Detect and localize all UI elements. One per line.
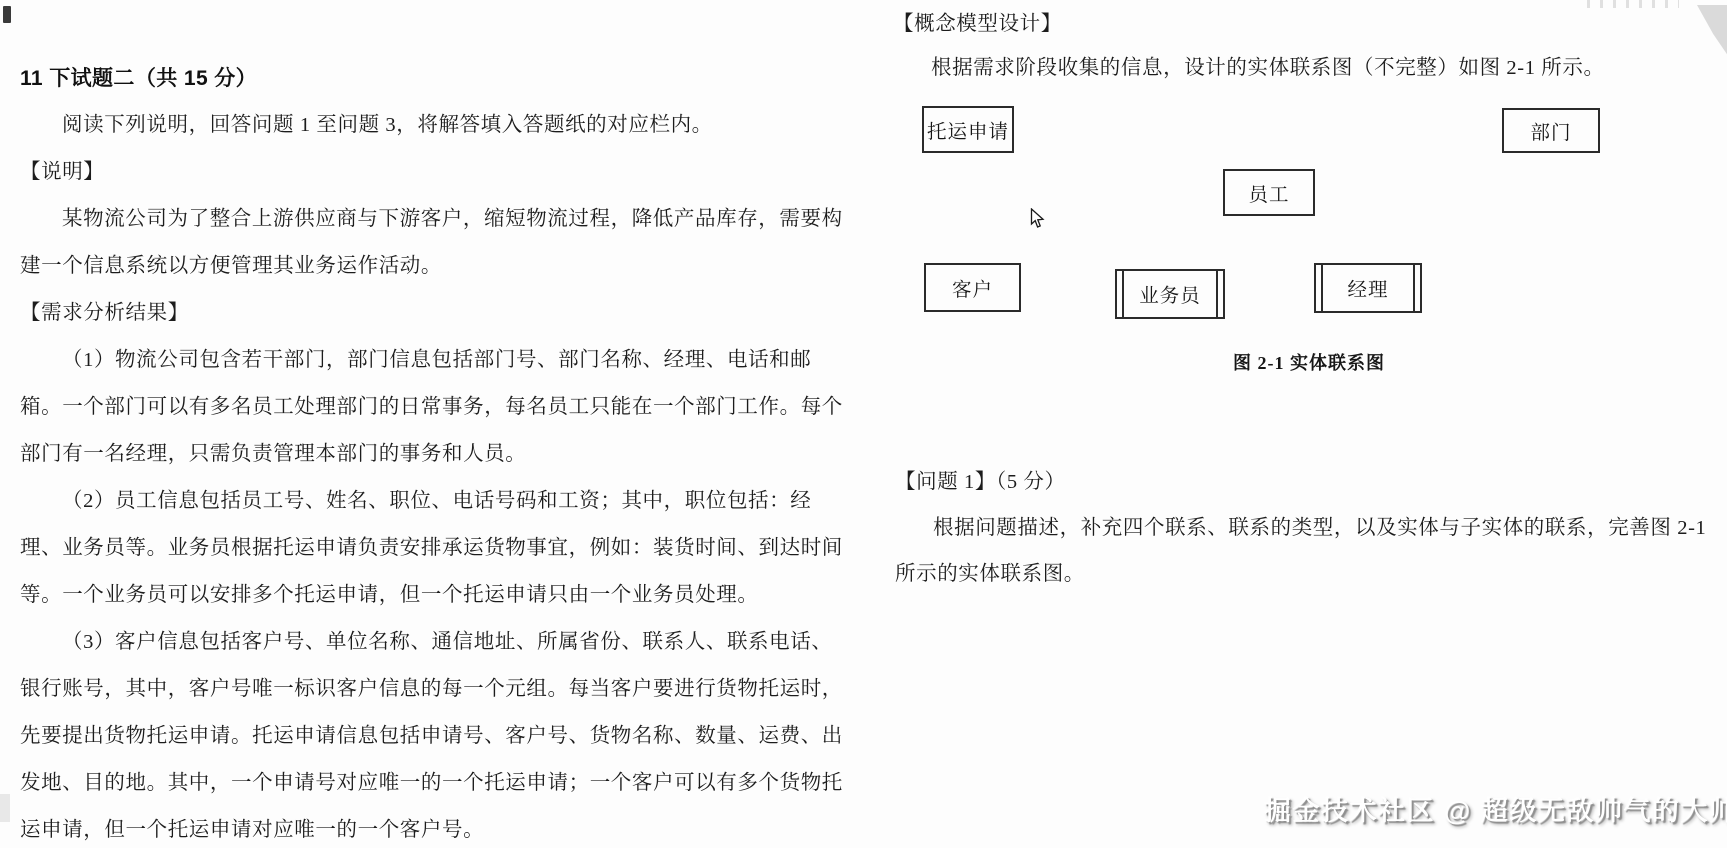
scan-artifact-smudge xyxy=(0,794,10,822)
exam-document-page: { "left_column": { "title": "11 下试题二（共 1… xyxy=(0,0,1727,848)
body-line: 运申请，但一个托运申请对应唯一的一个客户号。 xyxy=(20,807,848,848)
entity-box-employee: 员工 xyxy=(1223,169,1315,216)
body-line: （3）客户信息包括客户号、单位名称、通信地址、所属省份、联系人、联系电话、 xyxy=(20,619,848,666)
mouse-pointer-icon xyxy=(1030,208,1045,234)
exam-title: 11 下试题二（共 15 分） xyxy=(20,55,848,102)
body-line: 部门有一名经理，只需负责管理本部门的事务和人员。 xyxy=(20,431,848,478)
subentity-box-manager: 经理 xyxy=(1314,263,1422,313)
subentity-box-salesperson: 业务员 xyxy=(1115,269,1225,319)
question1-line2: 所示的实体联系图。 xyxy=(895,561,1085,588)
entity-label: 客户 xyxy=(952,274,993,302)
entity-box-customer: 客户 xyxy=(924,263,1021,312)
figure-caption: 图 2-1 实体联系图 xyxy=(1233,349,1393,375)
body-line: （1）物流公司包含若干部门，部门信息包括部门号、部门名称、经理、电话和邮 xyxy=(20,337,848,384)
section-header-concept-model: 【概念模型设计】 xyxy=(893,11,1062,38)
section-header-shuoming: 【说明】 xyxy=(20,149,848,196)
er-intro-line: 根据需求阶段收集的信息，设计的实体联系图（不完整）如图 2-1 所示。 xyxy=(931,55,1605,82)
entity-label: 业务员 xyxy=(1139,280,1201,308)
entity-label: 托运申请 xyxy=(927,116,1009,144)
body-line: 某物流公司为了整合上游供应商与下游客户，缩短物流过程，降低产品库存，需要构 xyxy=(20,196,848,243)
community-watermark: 掘金技术社区 @ 超级无敌帅气的大帅哥 xyxy=(1264,789,1727,828)
section-header-requirements: 【需求分析结果】 xyxy=(20,290,848,337)
question1-header: 【问题 1】（5 分） xyxy=(895,469,1066,496)
clipped-watermark-fragment xyxy=(1697,5,1727,63)
body-line: 银行账号，其中，客户号唯一标识客户信息的每一个元组。每当客户要进行货物托运时， xyxy=(20,666,848,713)
question-text-column: 11 下试题二（共 15 分） 阅读下列说明，回答问题 1 至问题 3，将解答填… xyxy=(20,55,848,848)
body-line: 建一个信息系统以方便管理其业务运作活动。 xyxy=(20,243,848,290)
question1-line1: 根据问题描述，补充四个联系、联系的类型，以及实体与子实体的联系，完善图 2-1 xyxy=(933,515,1706,542)
body-line: 理、业务员等。业务员根据托运申请负责安排承运货物事宜，例如：装货时间、到达时间 xyxy=(20,525,848,572)
instruction-line: 阅读下列说明，回答问题 1 至问题 3，将解答填入答题纸的对应栏内。 xyxy=(20,102,848,149)
entity-box-department: 部门 xyxy=(1502,108,1600,153)
page-edge-mark xyxy=(3,6,11,23)
scan-artifact-ticks xyxy=(1587,0,1679,8)
entity-box-consign-request: 托运申请 xyxy=(922,106,1014,153)
entity-label: 经理 xyxy=(1347,274,1388,302)
entity-label: 部门 xyxy=(1530,117,1571,145)
body-line: 等。一个业务员可以安排多个托运申请，但一个托运申请只由一个业务员处理。 xyxy=(20,572,848,619)
body-line: 发地、目的地。其中，一个申请号对应唯一的一个托运申请；一个客户可以有多个货物托 xyxy=(20,760,848,807)
body-line: （2）员工信息包括员工号、姓名、职位、电话号码和工资；其中，职位包括：经 xyxy=(20,478,848,525)
body-line: 箱。一个部门可以有多名员工处理部门的日常事务，每名员工只能在一个部门工作。每个 xyxy=(20,384,848,431)
body-line: 先要提出货物托运申请。托运申请信息包括申请号、客户号、货物名称、数量、运费、出 xyxy=(20,713,848,760)
entity-label: 员工 xyxy=(1248,179,1289,207)
